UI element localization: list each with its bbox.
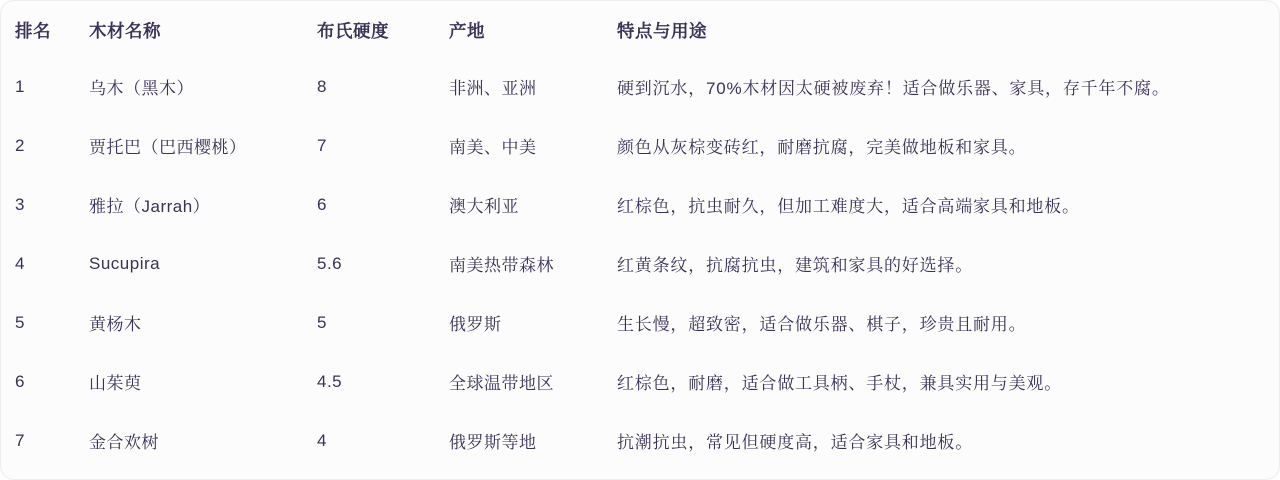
cell-features: 红棕色，抗虫耐久，但加工难度大，适合高端家具和地板。	[617, 192, 1261, 217]
column-header-name: 木材名称	[89, 18, 317, 43]
cell-origin: 非洲、亚洲	[449, 74, 617, 99]
cell-rank: 6	[15, 372, 89, 392]
cell-name: 黄杨木	[89, 310, 317, 335]
table-row: 7 金合欢树 4 俄罗斯等地 抗潮抗虫，常见但硬度高，适合家具和地板。	[1, 411, 1279, 470]
cell-rank: 3	[15, 195, 89, 215]
cell-origin: 南美热带森林	[449, 251, 617, 276]
column-header-rank: 排名	[15, 18, 89, 43]
table-row: 1 乌木（黑木） 8 非洲、亚洲 硬到沉水，70%木材因太硬被废弃！适合做乐器、…	[1, 57, 1279, 116]
cell-hardness: 5	[317, 313, 449, 333]
cell-rank: 1	[15, 77, 89, 97]
cell-origin: 全球温带地区	[449, 369, 617, 394]
table-row: 5 黄杨木 5 俄罗斯 生长慢，超致密，适合做乐器、棋子，珍贵且耐用。	[1, 293, 1279, 352]
cell-hardness: 4.5	[317, 372, 449, 392]
cell-origin: 俄罗斯	[449, 310, 617, 335]
cell-rank: 5	[15, 313, 89, 333]
table-body: 1 乌木（黑木） 8 非洲、亚洲 硬到沉水，70%木材因太硬被废弃！适合做乐器、…	[1, 57, 1279, 470]
cell-rank: 7	[15, 431, 89, 451]
table-header-row: 排名 木材名称 布氏硬度 产地 特点与用途	[1, 3, 1279, 57]
cell-origin: 澳大利亚	[449, 192, 617, 217]
cell-name: 贾托巴（巴西樱桃）	[89, 133, 317, 158]
cell-hardness: 4	[317, 431, 449, 451]
wood-hardness-table: 排名 木材名称 布氏硬度 产地 特点与用途 1 乌木（黑木） 8 非洲、亚洲 硬…	[1, 3, 1279, 470]
cell-rank: 2	[15, 136, 89, 156]
cell-features: 硬到沉水，70%木材因太硬被废弃！适合做乐器、家具，存千年不腐。	[617, 74, 1261, 99]
table-row: 3 雅拉（Jarrah） 6 澳大利亚 红棕色，抗虫耐久，但加工难度大，适合高端…	[1, 175, 1279, 234]
cell-features: 生长慢，超致密，适合做乐器、棋子，珍贵且耐用。	[617, 310, 1261, 335]
column-header-features: 特点与用途	[617, 18, 1261, 43]
cell-hardness: 5.6	[317, 254, 449, 274]
table-row: 2 贾托巴（巴西樱桃） 7 南美、中美 颜色从灰棕变砖红，耐磨抗腐，完美做地板和…	[1, 116, 1279, 175]
cell-name: 乌木（黑木）	[89, 74, 317, 99]
table-row: 6 山茱萸 4.5 全球温带地区 红棕色，耐磨，适合做工具柄、手杖，兼具实用与美…	[1, 352, 1279, 411]
cell-hardness: 6	[317, 195, 449, 215]
cell-origin: 南美、中美	[449, 133, 617, 158]
column-header-hardness: 布氏硬度	[317, 18, 449, 43]
cell-name: 金合欢树	[89, 428, 317, 453]
cell-name: Sucupira	[89, 254, 317, 274]
cell-name: 雅拉（Jarrah）	[89, 192, 317, 217]
cell-features: 红棕色，耐磨，适合做工具柄、手杖，兼具实用与美观。	[617, 369, 1261, 394]
cell-hardness: 8	[317, 77, 449, 97]
cell-name: 山茱萸	[89, 369, 317, 394]
table-row: 4 Sucupira 5.6 南美热带森林 红黄条纹，抗腐抗虫，建筑和家具的好选…	[1, 234, 1279, 293]
cell-features: 红黄条纹，抗腐抗虫，建筑和家具的好选择。	[617, 251, 1261, 276]
cell-rank: 4	[15, 254, 89, 274]
column-header-origin: 产地	[449, 18, 617, 43]
wood-hardness-ranking-card: 排名 木材名称 布氏硬度 产地 特点与用途 1 乌木（黑木） 8 非洲、亚洲 硬…	[0, 0, 1280, 480]
cell-hardness: 7	[317, 136, 449, 156]
cell-origin: 俄罗斯等地	[449, 428, 617, 453]
cell-features: 抗潮抗虫，常见但硬度高，适合家具和地板。	[617, 428, 1261, 453]
cell-features: 颜色从灰棕变砖红，耐磨抗腐，完美做地板和家具。	[617, 133, 1261, 158]
